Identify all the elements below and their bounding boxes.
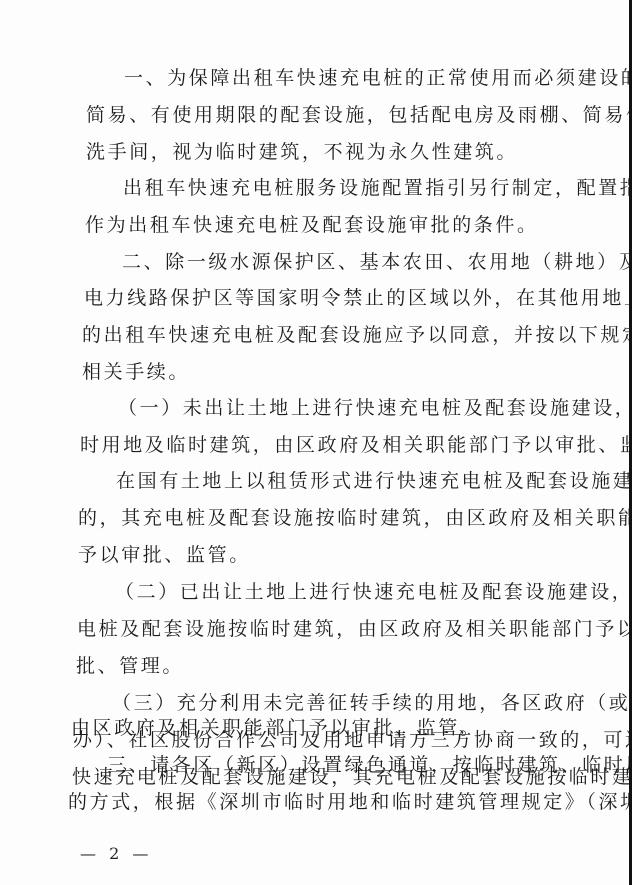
text-line: 电力线路保护区等国家明令禁止的区域以外，在其他用地上建设: [84, 286, 632, 310]
text-line: 的出租车快速充电桩及配套设施应予以同意，并按以下规定办理: [82, 323, 632, 347]
text-line: 由区政府及相关职能部门予以审批、监管。: [71, 716, 481, 740]
text-line: 予以审批、监管。: [78, 543, 251, 567]
text-line: 电桩及配套设施按临时建筑，由区政府及相关职能部门予以审: [77, 617, 632, 641]
text-line: 作为出租车快速充电桩及配套设施审批的条件。: [85, 213, 539, 237]
text-line: 在国有土地上以租赁形式进行快速充电桩及配套设施建设: [116, 469, 632, 493]
text-line: 相关手续。: [82, 360, 190, 384]
text-line: 出租车快速充电桩服务设施配置指引另行制定，配置指引不: [123, 176, 632, 200]
text-line: （一）未出让土地上进行快速充电桩及配套设施建设，按临: [118, 396, 632, 420]
text-line: 批、管理。: [76, 654, 184, 678]
text-line: 洗手间，视为临时建筑，不视为永久性建筑。: [86, 140, 518, 164]
text-line: 的，其充电桩及配套设施按临时建筑，由区政府及相关职能部门: [78, 506, 632, 530]
page-number: — 2 —: [80, 844, 152, 863]
text-line: （三）充分利用未完善征转手续的用地，各区政府（或街道: [112, 691, 632, 715]
text-line: 简易、有使用期限的配套设施，包括配电房及雨棚、简易休息室、: [86, 103, 632, 127]
text-line: 三、请各区（新区）设置绿色通道，按临时建筑、临时用地: [107, 753, 632, 777]
text-line: 的方式，根据《深圳市临时用地和临时建筑管理规定》（深圳市: [68, 790, 632, 814]
text-line: （二）已出让土地上进行快速充电桩及配套设施建设，其充: [115, 580, 632, 604]
text-line: 时用地及临时建筑，由区政府及相关职能部门予以审批、监管。: [80, 433, 632, 457]
text-line: 二、除一级水源保护区、基本农田、农用地（耕地）及架空: [122, 250, 632, 274]
text-line: 一、为保障出租车快速充电桩的正常使用而必须建设的结构: [124, 66, 632, 90]
